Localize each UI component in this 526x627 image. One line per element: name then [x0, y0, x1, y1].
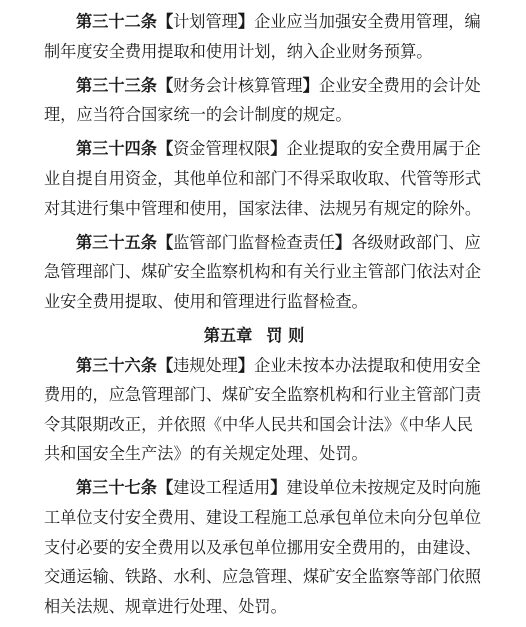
article-34: 第三十四条【资金管理权限】企业提取的安全费用属于企 业自提自用资金，其他单位和部… — [44, 134, 464, 223]
bracket-open: 【 — [157, 233, 173, 252]
article-text-line: 理，应当符合国家统一的会计制度的规定。 — [44, 100, 464, 130]
article-first-line: 第三十七条【建设工程适用】建设单位未按规定及时向施 — [44, 473, 464, 503]
chapter-name: 罚 则 — [266, 326, 304, 345]
bracket-close: 】 — [270, 139, 286, 158]
bracket-open: 【 — [157, 76, 173, 95]
article-number: 第三十六条 — [76, 356, 157, 375]
article-text: 企业安全费用的会计处 — [319, 76, 481, 95]
article-first-line: 第三十五条【监管部门监督检查责任】各级财政部门、应 — [44, 228, 464, 258]
article-text-line: 令其限期改正，并依照《中华人民共和国会计法》《中华人民 — [44, 410, 464, 440]
article-text-line: 交通运输、铁路、水利、应急管理、煤矿安全监察等部门依照 — [44, 562, 464, 592]
article-number: 第三十七条 — [76, 478, 157, 497]
article-text-line: 急管理部门、煤矿安全监察机构和有关行业主管部门依法对企 — [44, 257, 464, 287]
article-text: 企业未按本办法提取和使用安全 — [254, 356, 481, 375]
article-37: 第三十七条【建设工程适用】建设单位未按规定及时向施 工单位支付安全费用、建设工程… — [44, 473, 464, 621]
bracket-close: 】 — [238, 12, 254, 31]
bracket-open: 【 — [157, 12, 173, 31]
bracket-open: 【 — [157, 478, 173, 497]
bracket-open: 【 — [157, 139, 173, 158]
article-first-line: 第三十四条【资金管理权限】企业提取的安全费用属于企 — [44, 134, 464, 164]
article-text-line: 工单位支付安全费用、建设工程施工总承包单位未向分包单位 — [44, 503, 464, 533]
article-text-line: 费用的，应急管理部门、煤矿安全监察机构和行业主管部门责 — [44, 380, 464, 410]
article-first-line: 第三十二条【计划管理】企业应当加强安全费用管理，编 — [44, 7, 464, 37]
bracket-close: 】 — [335, 233, 351, 252]
chapter-number: 第五章 — [204, 326, 253, 345]
document-page: 第三十二条【计划管理】企业应当加强安全费用管理，编 制年度安全费用提取和使用计划… — [44, 7, 464, 621]
article-text: 企业提取的安全费用属于企 — [286, 139, 480, 158]
article-text-line: 共和国安全生产法》的有关规定处理、处罚。 — [44, 439, 464, 469]
article-36: 第三十六条【违规处理】企业未按本办法提取和使用安全 费用的，应急管理部门、煤矿安… — [44, 351, 464, 469]
article-text: 企业应当加强安全费用管理，编 — [254, 12, 481, 31]
article-number: 第三十二条 — [76, 12, 157, 31]
article-title: 财务会计核算管理 — [173, 76, 303, 95]
article-text-line: 支付必要的安全费用以及承包单位挪用安全费用的，由建设、 — [44, 533, 464, 563]
bracket-close: 】 — [303, 76, 319, 95]
article-number: 第三十五条 — [76, 233, 157, 252]
article-text-line: 相关法规、规章进行处理、处罚。 — [44, 592, 464, 622]
article-text-line: 业自提自用资金，其他单位和部门不得采取收取、代管等形式 — [44, 164, 464, 194]
bracket-open: 【 — [157, 356, 173, 375]
chapter-heading: 第五章罚 则 — [44, 321, 464, 351]
article-number: 第三十四条 — [76, 139, 157, 158]
article-first-line: 第三十六条【违规处理】企业未按本办法提取和使用安全 — [44, 351, 464, 381]
article-number: 第三十三条 — [76, 76, 157, 95]
article-text: 建设单位未按规定及时向施 — [286, 478, 480, 497]
article-title: 计划管理 — [173, 12, 238, 31]
article-33: 第三十三条【财务会计核算管理】企业安全费用的会计处 理，应当符合国家统一的会计制… — [44, 71, 464, 130]
article-35: 第三十五条【监管部门监督检查责任】各级财政部门、应 急管理部门、煤矿安全监察机构… — [44, 228, 464, 317]
article-text-line: 业安全费用提取、使用和管理进行监督检查。 — [44, 287, 464, 317]
article-first-line: 第三十三条【财务会计核算管理】企业安全费用的会计处 — [44, 71, 464, 101]
article-title: 资金管理权限 — [173, 139, 270, 158]
article-title: 建设工程适用 — [173, 478, 270, 497]
article-text-line: 对其进行集中管理和使用，国家法律、法规另有规定的除外。 — [44, 194, 464, 224]
article-text-line: 制年度安全费用提取和使用计划，纳入企业财务预算。 — [44, 37, 464, 67]
article-title: 监管部门监督检查责任 — [173, 233, 335, 252]
article-title: 违规处理 — [173, 356, 238, 375]
article-text: 各级财政部门、应 — [351, 233, 481, 252]
article-32: 第三十二条【计划管理】企业应当加强安全费用管理，编 制年度安全费用提取和使用计划… — [44, 7, 464, 66]
bracket-close: 】 — [238, 356, 254, 375]
bracket-close: 】 — [270, 478, 286, 497]
